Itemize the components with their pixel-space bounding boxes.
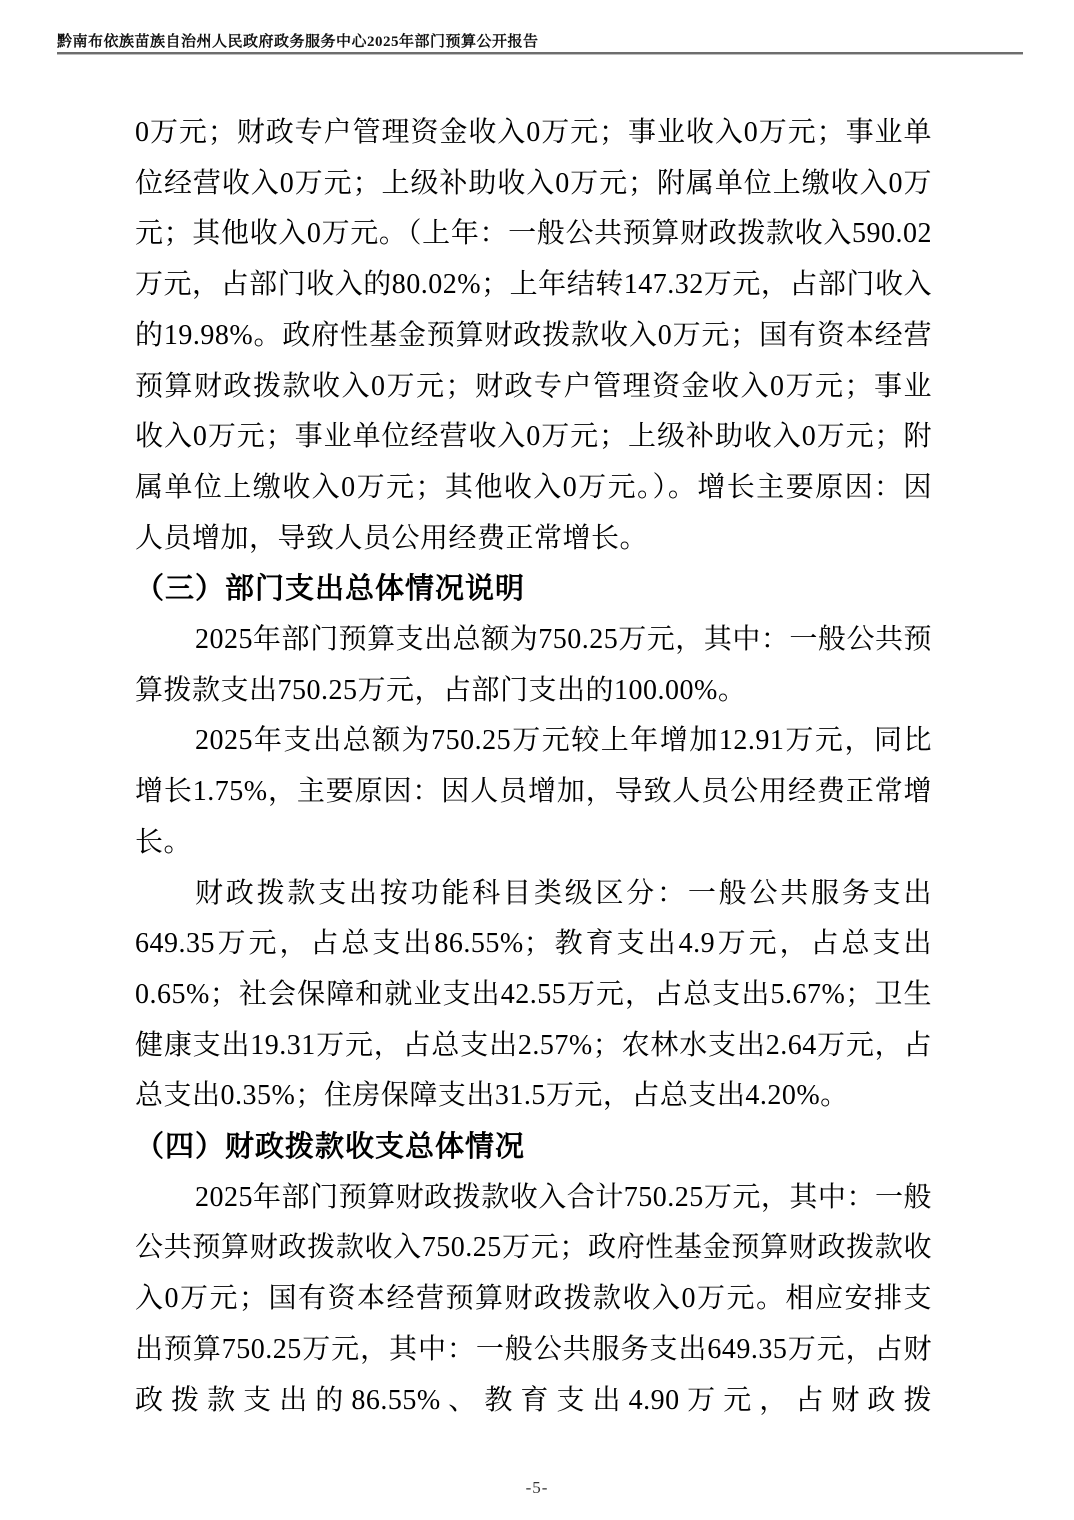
- paragraph-expenditure-by-function: 财政拨款支出按功能科目类级区分：一般公共服务支出649.35万元，占总支出86.…: [135, 869, 932, 1123]
- section-heading-expenditure-overview: （三）部门支出总体情况说明: [135, 564, 932, 615]
- paragraph-expenditure-total: 2025年部门预算支出总额为750.25万元，其中：一般公共预算拨款支出750.…: [135, 615, 932, 716]
- page-footer: -5-: [0, 1478, 1074, 1498]
- header-divider: [57, 52, 1023, 55]
- paragraph-expenditure-growth: 2025年支出总额为750.25万元较上年增加12.91万元，同比增长1.75%…: [135, 716, 932, 868]
- paragraph-fiscal-allocation: 2025年部门预算财政拨款收入合计750.25万元，其中：一般公共预算财政拨款收…: [135, 1173, 932, 1427]
- page-number: -5-: [526, 1478, 549, 1497]
- paragraph-income-details-continued: 0万元；财政专户管理资金收入0万元；事业收入0万元；事业单位经营收入0万元；上级…: [135, 108, 932, 564]
- header-divider-light-line: [57, 54, 1023, 55]
- document-body: 0万元；财政专户管理资金收入0万元；事业收入0万元；事业单位经营收入0万元；上级…: [135, 108, 932, 1426]
- header-title: 黔南布依族苗族自治州人民政府政务服务中心2025年部门预算公开报告: [57, 30, 539, 51]
- document-page: 黔南布依族苗族自治州人民政府政务服务中心2025年部门预算公开报告 0万元；财政…: [0, 0, 1074, 1520]
- section-heading-fiscal-allocation-overview: （四）财政拨款收支总体情况: [135, 1122, 932, 1173]
